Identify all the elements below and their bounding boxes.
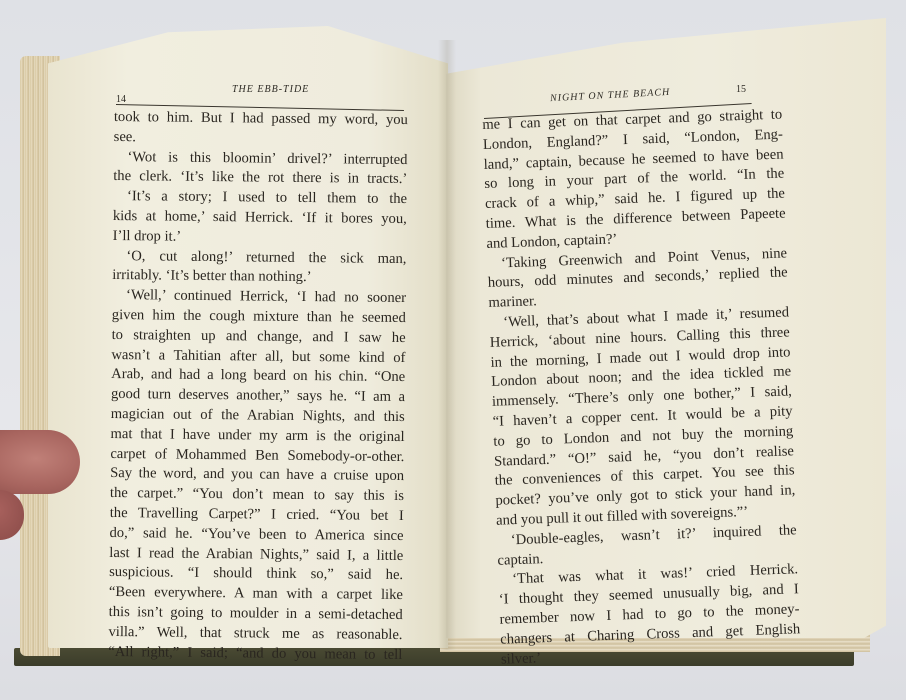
text-line: villa.” Well, that struck me as reasonab… [108, 623, 402, 646]
text-line: took to him. But I had passed my word, y… [114, 108, 408, 131]
book-gutter [438, 40, 456, 650]
text-line: I’ll drop it.’ [113, 227, 407, 250]
right-page-number: 15 [736, 84, 746, 95]
left-running-head: THE EBB-TIDE [232, 84, 309, 95]
left-page-text: took to him. But I had passed my word, y… [108, 108, 408, 665]
text-line: mat that I have under my arm is the orig… [110, 425, 404, 448]
text-line: kids at home,’ said Herrick. ‘If it bore… [113, 207, 407, 230]
text-line: given him the cough mixture than he seem… [112, 306, 406, 329]
text-line: do,” said he. “You’ve been to America si… [109, 524, 403, 547]
text-line: the Travelling Carpet?” I cried. “You be… [110, 504, 404, 527]
holding-finger [0, 430, 80, 494]
text-line: this isn’t going to moulder in a semi-de… [109, 603, 403, 626]
right-page-text: me I can get on that carpet and go strai… [482, 106, 801, 670]
text-line: “All right,” I said; “and do you mean to… [108, 642, 402, 665]
open-book: 14 THE EBB-TIDE took to him. But I had p… [0, 0, 906, 700]
text-line: to straighten up and change, and I saw h… [112, 326, 406, 349]
text-line: magician out of the Arabian Nights, and … [111, 405, 405, 428]
